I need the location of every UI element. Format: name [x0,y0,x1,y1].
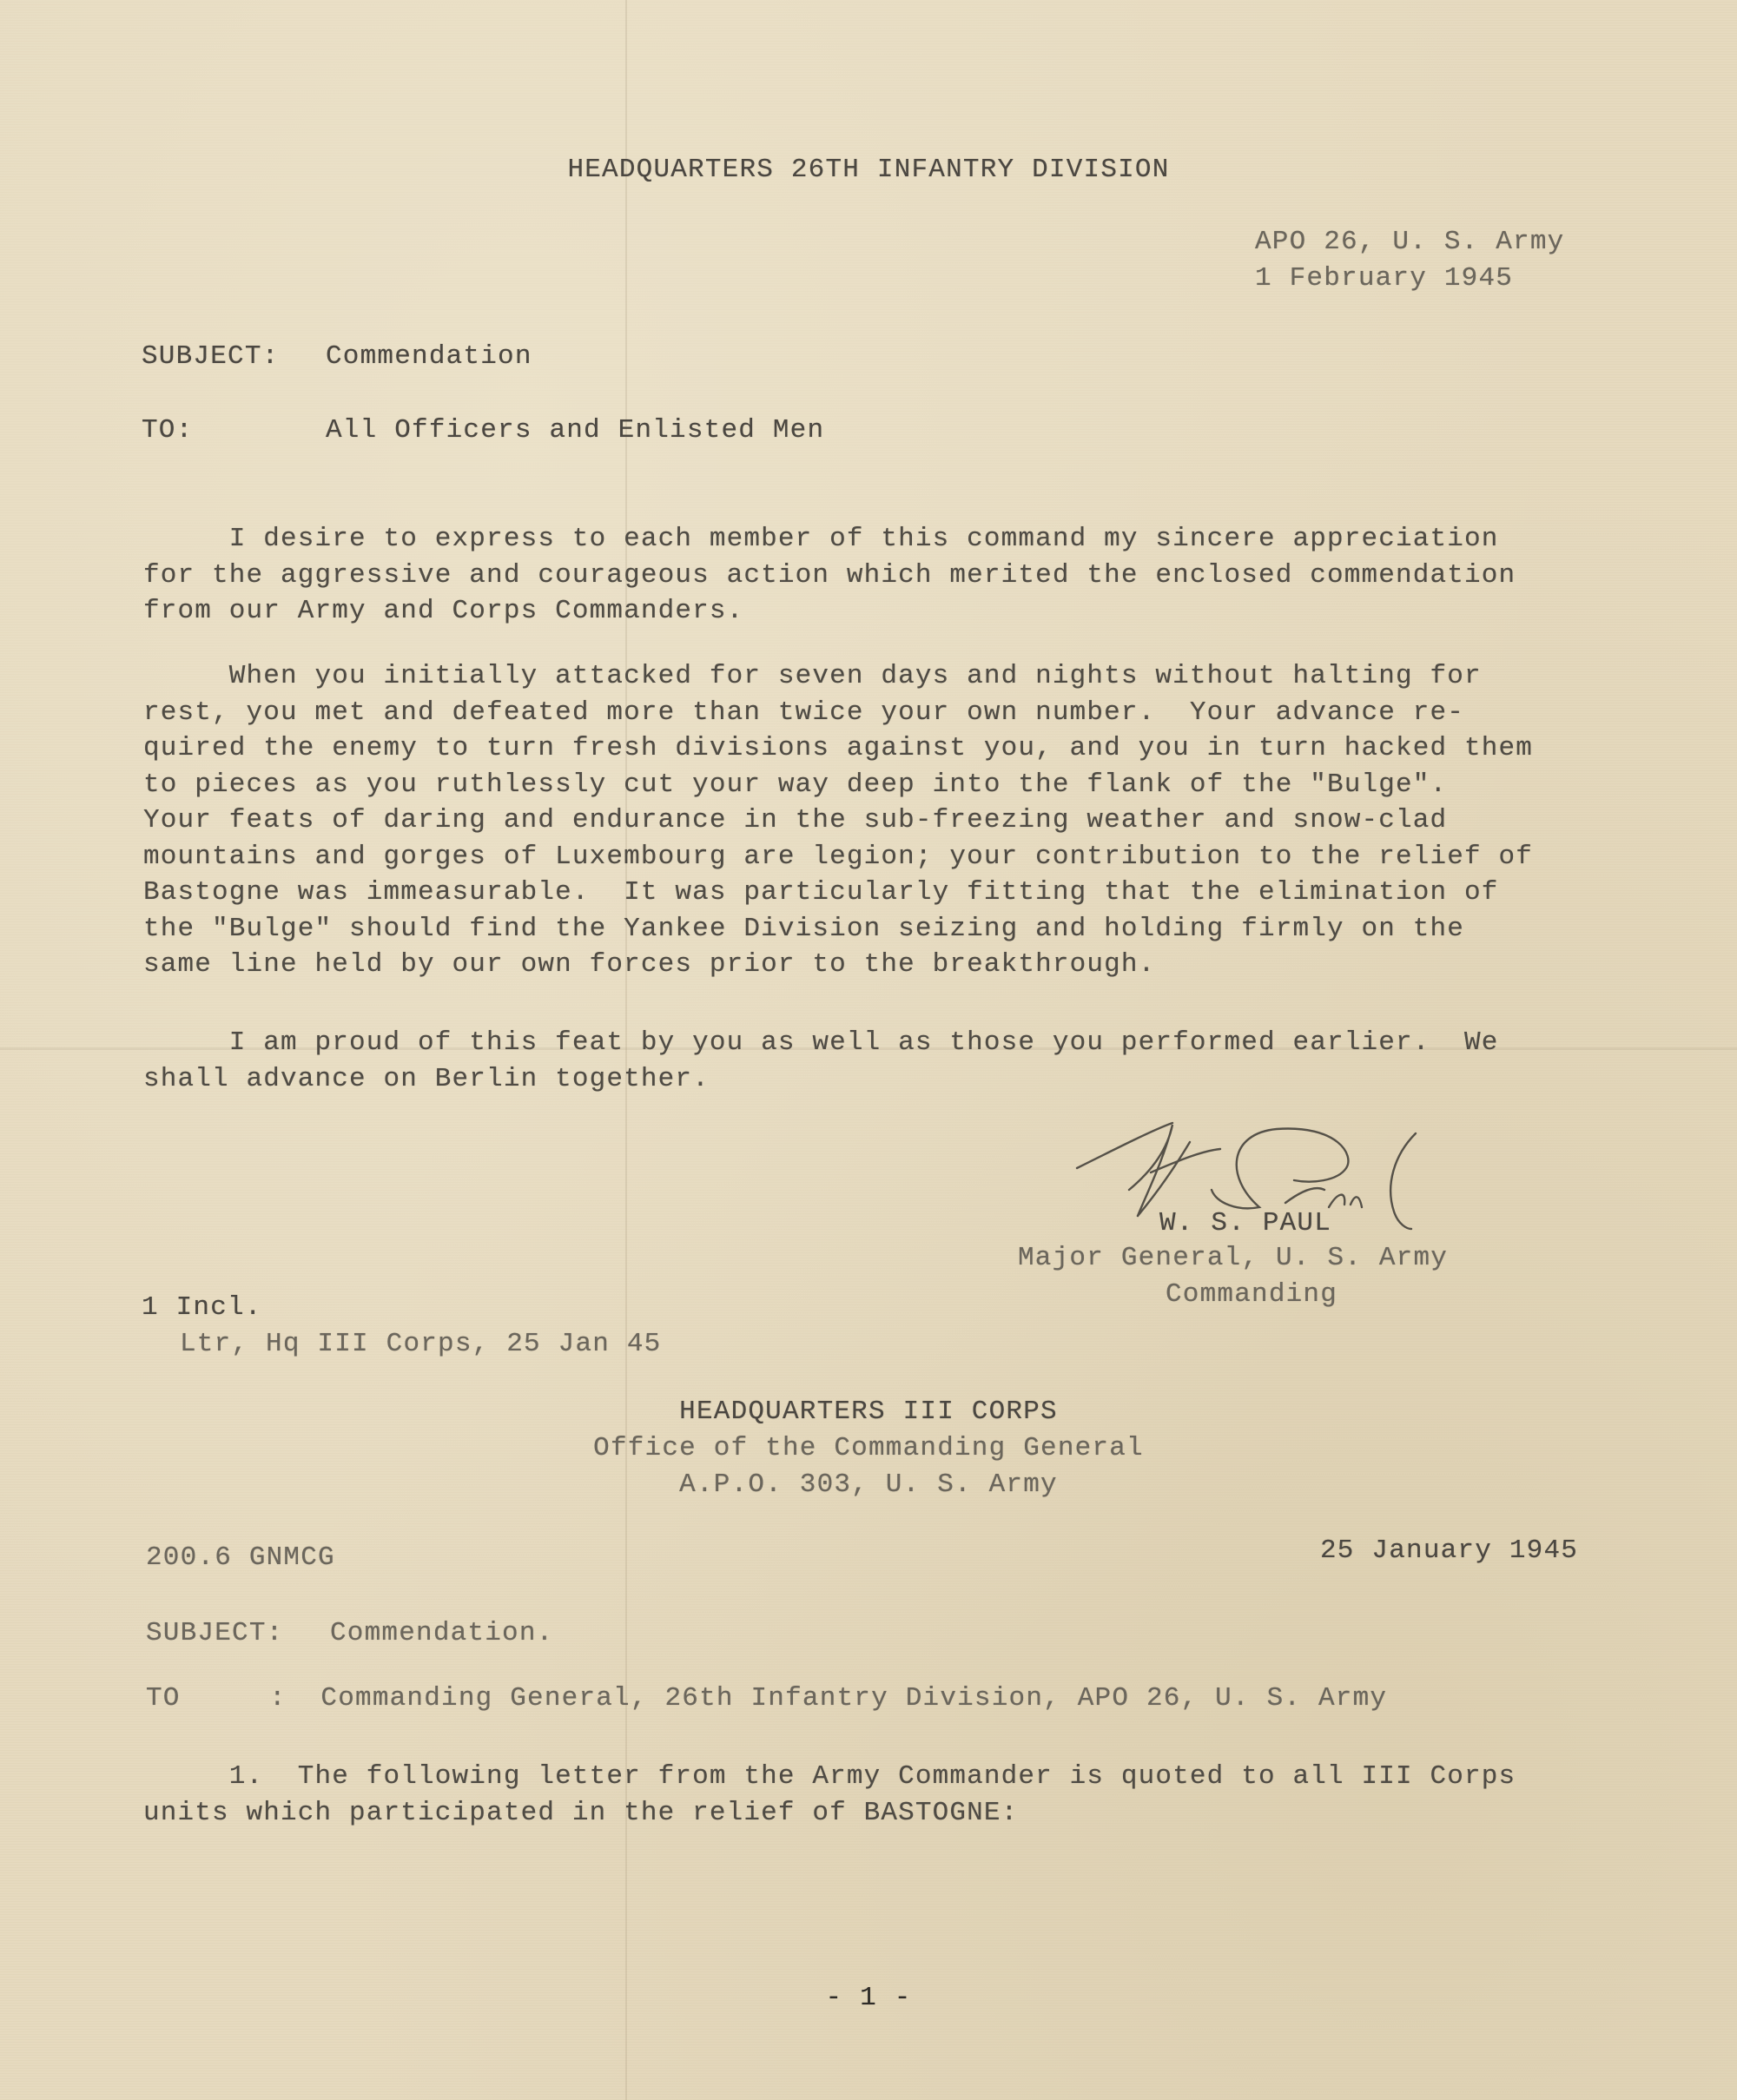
paragraph-line: quired the enemy to turn fresh divisions… [143,730,1654,767]
letter2-to-label: TO [146,1681,181,1717]
subject-value: Commendation [326,339,532,375]
file-number: 200.6 GNMCG [146,1540,335,1576]
body-paragraph-2: When you initially attacked for seven da… [143,658,1654,983]
enclosure-count: 1 Incl. [142,1290,262,1326]
letter2-subject-label: SUBJECT: [146,1615,283,1652]
enclosure-description: Ltr, Hq III Corps, 25 Jan 45 [180,1326,662,1363]
apo-address: APO 26, U. S. Army [1255,224,1564,261]
letterhead-26th-division: HEADQUARTERS 26TH INFANTRY DIVISION [0,152,1737,188]
paragraph-line: from our Army and Corps Commanders. [143,593,1654,630]
paragraph-line: to pieces as you ruthlessly cut your way… [143,767,1654,803]
letter2-date: 25 January 1945 [1320,1533,1578,1569]
letter2-paragraph-1: 1. The following letter from the Army Co… [143,1759,1654,1831]
paragraph-line: Bastogne was immeasurable. It was partic… [143,875,1654,911]
page-number: - 1 - [0,1980,1737,2017]
paragraph-line: for the aggressive and courageous action… [143,558,1654,594]
paragraph-line: Your feats of daring and endurance in th… [143,802,1654,839]
letter2-to-value: : Commanding General, 26th Infantry Divi… [269,1681,1387,1717]
subject-label: SUBJECT: [142,339,279,375]
letterhead-apo: A.P.O. 303, U. S. Army [0,1467,1737,1503]
paragraph-line: the "Bulge" should find the Yankee Divis… [143,911,1654,948]
paragraph-line: rest, you met and defeated more than twi… [143,695,1654,731]
paragraph-line: When you initially attacked for seven da… [143,658,1654,695]
letter-date: 1 February 1945 [1255,261,1513,297]
paragraph-line: I am proud of this feat by you as well a… [143,1025,1654,1061]
body-paragraph-3: I am proud of this feat by you as well a… [143,1025,1654,1097]
to-value: All Officers and Enlisted Men [326,413,824,449]
paragraph-line: shall advance on Berlin together. [143,1061,1654,1098]
paragraph-line: mountains and gorges of Luxembourg are l… [143,839,1654,875]
paragraph-line: units which participated in the relief o… [143,1795,1654,1832]
letter2-subject-value: Commendation. [330,1615,553,1652]
to-label: TO: [142,413,193,449]
paragraph-line: same line held by our own forces prior t… [143,947,1654,983]
letterhead-office: Office of the Commanding General [0,1430,1737,1467]
signatory-name: W. S. PAUL [1159,1205,1331,1242]
signatory-rank: Major General, U. S. Army [1018,1240,1448,1277]
body-paragraph-1: I desire to express to each member of th… [143,521,1654,630]
paragraph-line: I desire to express to each member of th… [143,521,1654,558]
signatory-title: Commanding [1166,1277,1337,1313]
letterhead-iii-corps: HEADQUARTERS III CORPS [0,1394,1737,1430]
paragraph-line: 1. The following letter from the Army Co… [143,1759,1654,1795]
